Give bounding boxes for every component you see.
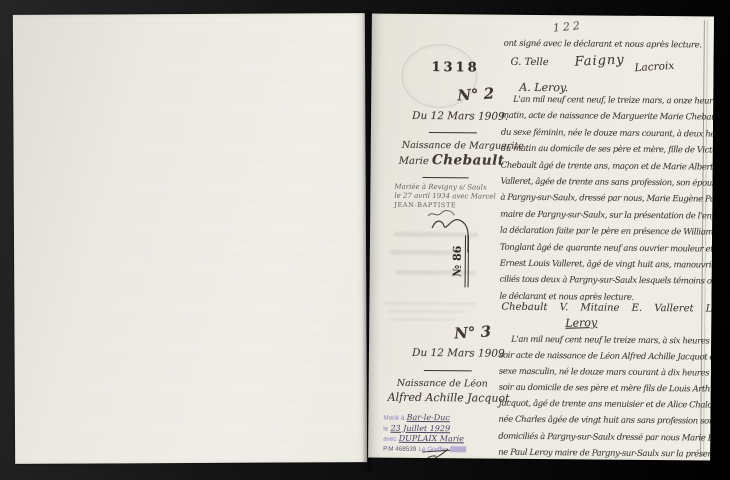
act-line: du matin au domicile de ses père et mère…: [501, 141, 713, 159]
rotated-number-stamp: № 86: [451, 235, 469, 287]
act-date: Du 12 Mars 1909: [412, 347, 505, 360]
act-line: à Pargny-sur-Saulx, dressé par nous, Mar…: [500, 190, 712, 208]
stamp-label: avec: [383, 436, 396, 443]
witness-signature: G. Telle: [510, 57, 548, 68]
act-number: N° 3: [454, 322, 492, 342]
act-line: maire de Pargny-sur-Saulx, sur la présen…: [500, 206, 712, 224]
act-margin-name: Alfred Achille Jacquot: [388, 391, 510, 405]
birth-act-2-text: L'an mil neuf cent neuf, le treize mars,…: [499, 92, 713, 307]
act-line: soir acte de naissance de Léon Alfred Ac…: [499, 348, 711, 366]
act-line: Valleret, âgée de trente ans sans profes…: [500, 174, 712, 192]
marriage-margin-note: Mariée à Revigny s/ Saulx le 27 avril 19…: [394, 183, 496, 211]
registry-number-stamp: 1318: [431, 60, 479, 75]
stamp-value: DUPLAIX Marie: [399, 434, 464, 444]
bleedthrough-mark: [394, 232, 478, 238]
act-line: Jacquot, âgé de trente ans menuisier et …: [498, 396, 710, 414]
act-date: Du 12 Mars 1909.: [412, 110, 508, 123]
act-line: L'an mil neuf cent neuf, le treize mars,…: [501, 92, 713, 110]
stamp-line: avec DUPLAIX Marie: [383, 434, 466, 445]
stamp-line: le 23 Juillet 1929: [383, 423, 466, 434]
act-line: soir au domicile de ses père et mère fil…: [499, 380, 711, 398]
margin-divider: [423, 177, 469, 179]
register-left-blank-page: [13, 13, 367, 464]
child-surname: Chebault: [432, 152, 505, 169]
act-margin-title: Naissance de Léon: [397, 378, 488, 390]
witness-signatures-row: Chebault V. Mitaine E. Valleret L.: [501, 302, 714, 315]
folio-number: 122: [552, 19, 583, 35]
paper-texture: [13, 13, 367, 464]
act-line: matin, acte de naissance de Marguerite M…: [501, 108, 713, 126]
bleedthrough-mark: [391, 318, 455, 322]
stamp-value: 23 Juillet 1929: [390, 423, 450, 433]
act-line: sexe masculin, né le douze mars courant …: [499, 364, 711, 382]
act-line: la déclaration faite par le père en prés…: [500, 223, 712, 241]
child-first-name: Marie: [399, 156, 429, 167]
act-line: née Charles âgée de vingt huit ans sans …: [498, 412, 710, 430]
stamp-line: Marié à Bar-le-Duc: [383, 413, 466, 424]
birth-act-3-text: L'an mil neuf cent neuf le treize mars, …: [498, 332, 711, 461]
previous-act-continuation: ont signé avec le déclarant et nous aprè…: [504, 39, 702, 51]
stamp-label: le: [383, 425, 388, 432]
act-line: Chebault âgé de trente ans, maçon et de …: [501, 157, 713, 175]
bleedthrough-mark: [383, 302, 475, 306]
act-margin-name: Marie Chebault: [399, 152, 505, 169]
act-line: Tonglant âgé de quarante neuf ans ouvrie…: [500, 239, 712, 257]
bleedthrough-mark: [396, 270, 476, 276]
stamp-value: Bar-le-Duc: [407, 413, 450, 422]
margin-divider: [424, 370, 472, 372]
register-right-page: 122 ont signé avec le déclarant et nous …: [368, 14, 714, 461]
act-line: L'an mil neuf cent neuf le treize mars, …: [499, 332, 711, 350]
act-line: du sexe féminin, née le douze mars coura…: [501, 124, 713, 142]
witness-signature: Faigny: [574, 52, 625, 69]
witness-signature: Lacroix: [634, 60, 674, 74]
bleedthrough-mark: [390, 250, 462, 256]
act-line: Ernest Louis Valleret, âgé de vingt huit…: [500, 256, 712, 274]
act-line: domiciliés à Pargny-sur-Saulx dressé par…: [498, 428, 710, 446]
bleedthrough-mark: [387, 310, 465, 314]
mayor-signature: Leroy: [565, 316, 597, 330]
act-line: ne Paul Leroy maire de Pargny-sur-Saulx …: [498, 444, 710, 460]
margin-divider: [429, 132, 477, 134]
act-line: ciliés tous deux à Pargny-sur-Saulx lesq…: [500, 272, 712, 290]
stamp-reference: P.M 468539: [383, 445, 416, 452]
act-number: N° 2: [457, 84, 495, 104]
stamp-label: Marié à: [383, 415, 404, 422]
